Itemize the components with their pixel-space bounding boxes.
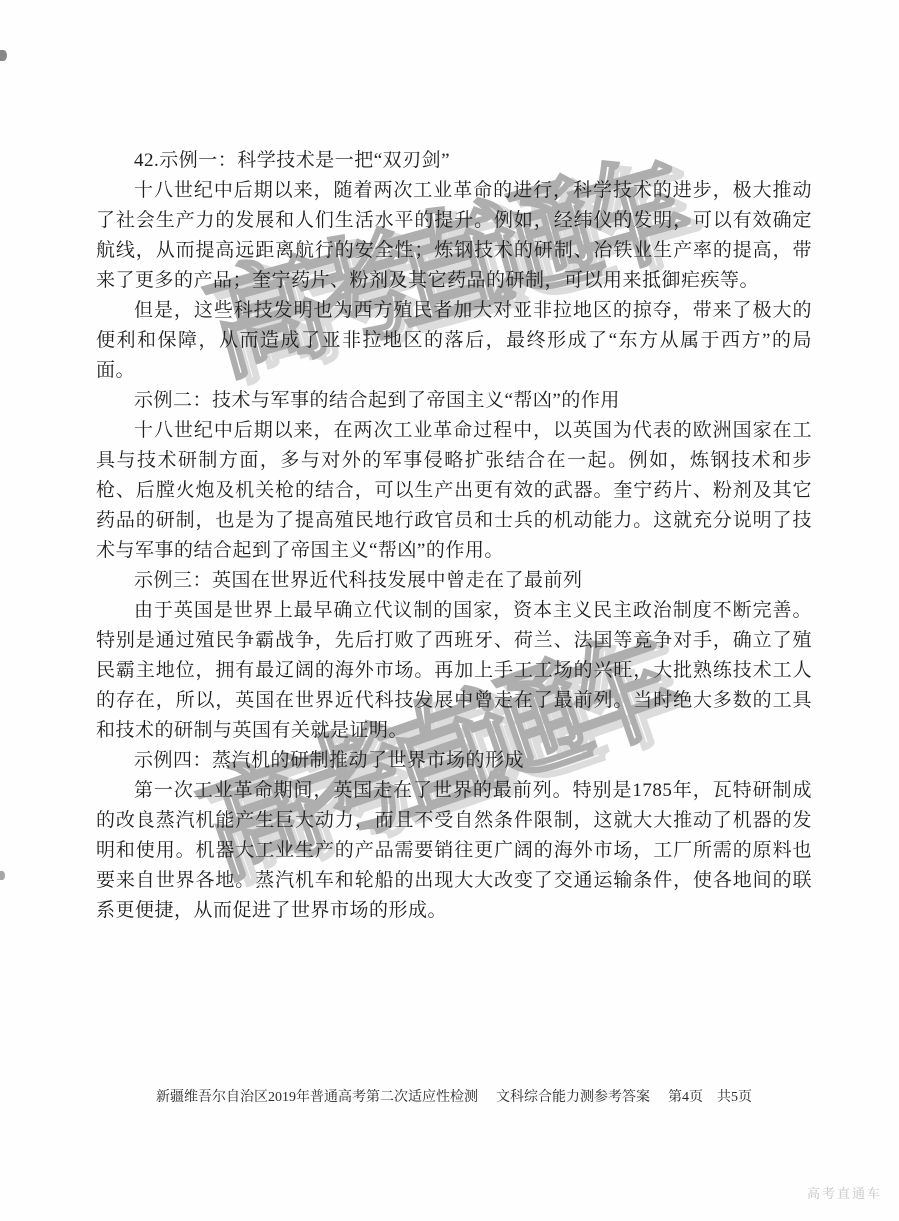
footer-exam-title: 新疆维吾尔自治区2019年普通高考第二次适应性检测 <box>156 1086 478 1106</box>
example4-paragraph: 第一次工业革命期间，英国走在了世界的最前列。特别是1785年，瓦特研制成的改良蒸… <box>96 776 812 926</box>
footer-subject-title: 文科综合能力测参考答案 <box>496 1086 650 1106</box>
answer-text-block: 42.示例一：科学技术是一把“双刃剑” 十八世纪中后期以来，随着两次工业革命的进… <box>96 146 812 926</box>
example1-paragraph-drawbacks: 但是，这些科技发明也为西方殖民者加大对亚非拉地区的掠夺，带来了极大的便利和保障，… <box>96 296 812 386</box>
scan-speck <box>0 50 7 61</box>
example3-heading: 示例三：英国在世界近代科技发展中曾走在了最前列 <box>96 566 812 596</box>
footer-page-total: 共5页 <box>717 1086 752 1106</box>
example3-paragraph: 由于英国是世界上最早确立代议制的国家，资本主义民主政治制度不断完善。特别是通过殖… <box>96 596 812 746</box>
example1-paragraph-benefits: 十八世纪中后期以来，随着两次工业革命的进行，科学技术的进步，极大推动了社会生产力… <box>96 176 812 296</box>
watermark-corner-text: 高考直通车 <box>807 1183 882 1202</box>
answer-42-example1-heading: 42.示例一：科学技术是一把“双刃剑” <box>96 146 812 176</box>
footer-page-number: 第4页 <box>668 1086 703 1106</box>
example4-heading: 示例四：蒸汽机的研制推动了世界市场的形成 <box>96 746 812 776</box>
scanned-answer-page: 高考直通车高考直通车 高考直通车高考直通车 42.示例一：科学技术是一把“双刃剑… <box>0 0 899 1221</box>
example2-heading: 示例二：技术与军事的结合起到了帝国主义“帮凶”的作用 <box>96 386 812 416</box>
example2-paragraph: 十八世纪中后期以来，在两次工业革命过程中，以英国为代表的欧洲国家在工具与技术研制… <box>96 416 812 566</box>
page-footer: 新疆维吾尔自治区2019年普通高考第二次适应性检测文科综合能力测参考答案第4页共… <box>96 1086 812 1106</box>
scan-speck <box>0 871 5 880</box>
